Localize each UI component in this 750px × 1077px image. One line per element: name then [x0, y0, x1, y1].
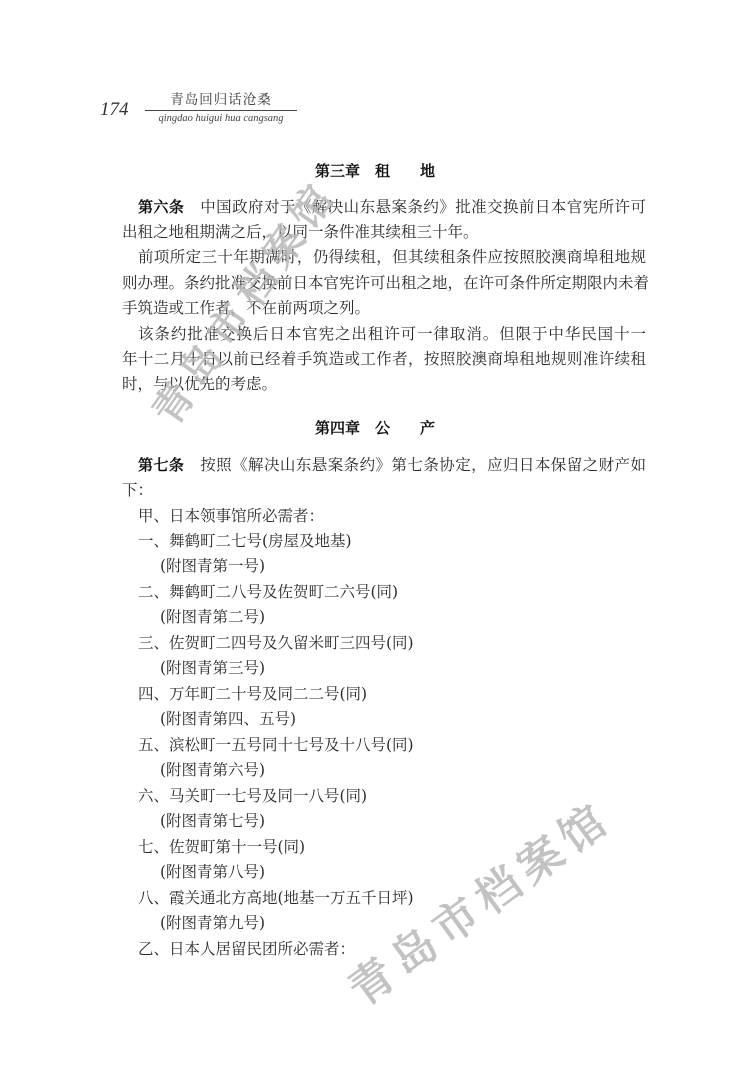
article-6-line-4: 则办理。条约批准交换前日本官宪许可出租之地，在许可条件所定期限内未着 — [122, 273, 646, 293]
article-7-line-2: 下： — [122, 480, 153, 500]
running-title: 青岛回归话沧桑 — [145, 88, 297, 108]
list-item: 六、马关町一七号及同一八号(同) — [138, 786, 367, 806]
list-item: 一、舞鹤町二七号(房屋及地基) — [138, 531, 352, 551]
running-title-pinyin: qingdao huigui hua cangsang — [145, 113, 297, 124]
list-item: 二、舞鹤町二八号及佐贺町二六号(同) — [138, 582, 398, 602]
list-item-note: (附图青第八号) — [160, 862, 265, 882]
list-item: 四、万年町二十号及同二二号(同) — [138, 684, 367, 704]
list-item-note: (附图青第六号) — [160, 760, 265, 780]
list-item-note: (附图青第四、五号) — [160, 709, 296, 729]
article-6-line-1: 第六条 中国政府对于《解决山东悬案条约》批准交换前日本官宪所许可 — [138, 197, 646, 217]
list-item: 三、佐贺町二四号及久留米町三四号(同) — [138, 633, 414, 653]
list-heading-b: 乙、日本人居留民团所必需者： — [138, 939, 355, 959]
chapter-title-3: 第三章 租 地 — [0, 160, 750, 181]
list-item-note: (附图青第一号) — [160, 556, 265, 576]
list-item: 八、霞关通北方高地(地基一万五千日坪) — [138, 888, 414, 908]
list-item-note: (附图青第九号) — [160, 913, 265, 933]
header-rule — [145, 110, 297, 111]
list-item: 七、佐贺町第十一号(同) — [138, 837, 305, 857]
list-item-note: (附图青第三号) — [160, 658, 265, 678]
article-7-label: 第七条 — [138, 456, 184, 474]
list-item-note: (附图青第七号) — [160, 811, 265, 831]
article-7-line-1: 第七条 按照《解决山东悬案条约》第七条协定，应归日本保留之财产如 — [138, 455, 646, 475]
article-6-label: 第六条 — [138, 198, 184, 216]
list-item-note: (附图青第二号) — [160, 607, 265, 627]
list-heading-a: 甲、日本领事馆所必需者： — [138, 506, 324, 526]
article-6-line-3: 前项所定三十年期满时，仍得续租，但其续租条件应按照胶澳商埠租地规 — [138, 247, 646, 267]
page-number: 174 — [100, 99, 129, 121]
chapter-title-4: 第四章 公 产 — [0, 417, 750, 438]
list-item: 五、滨松町一五号同十七号及十八号(同) — [138, 735, 414, 755]
